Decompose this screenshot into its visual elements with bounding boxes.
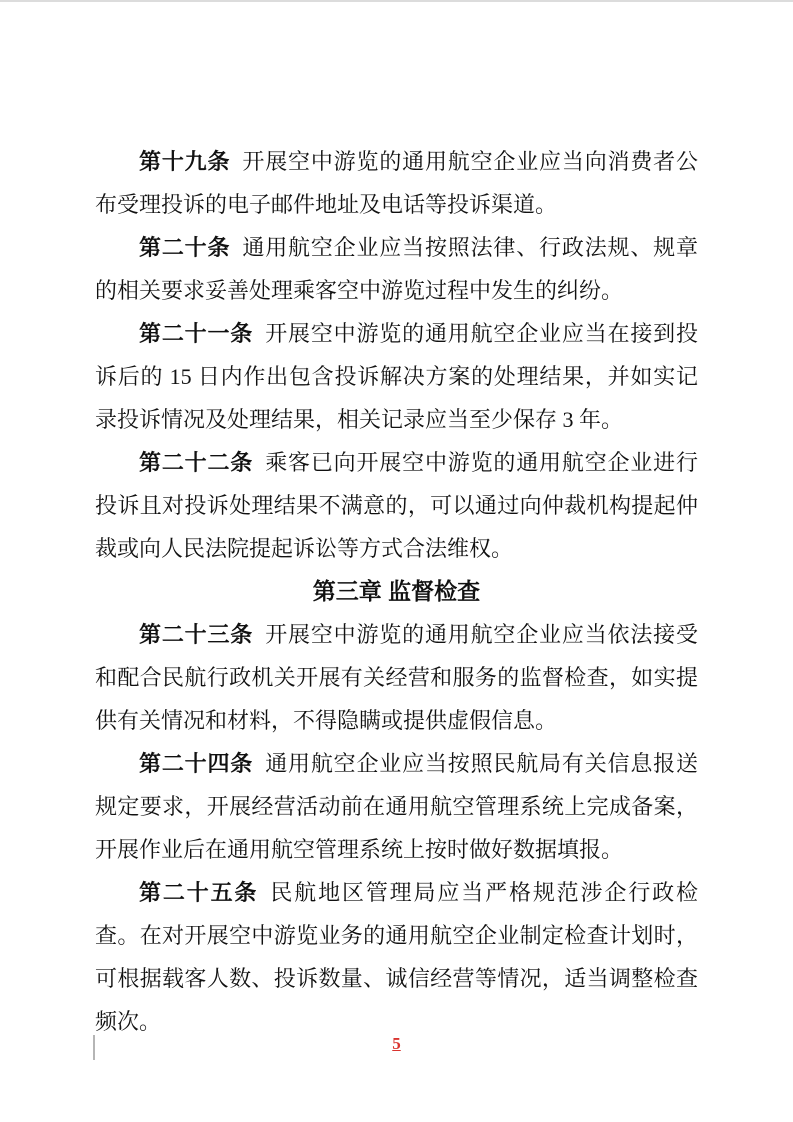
article-21-number-label: 第二十一条 bbox=[139, 321, 253, 346]
article-20-number-label: 第二十条 bbox=[139, 235, 230, 260]
article-23-number-label: 第二十三条 bbox=[139, 622, 253, 647]
chapter-3-heading: 第三章 监督检查 bbox=[95, 570, 698, 613]
article-22-paragraph: 第二十二条乘客已向开展空中游览的通用航空企业进行投诉且对投诉处理结果不满意的，可… bbox=[95, 441, 698, 570]
article-24-paragraph: 第二十四条通用航空企业应当按照民航局有关信息报送规定要求，开展经营活动前在通用航… bbox=[95, 742, 698, 871]
document-body: 第十九条开展空中游览的通用航空企业应当向消费者公布受理投诉的电子邮件地址及电话等… bbox=[95, 140, 698, 1043]
article-25-paragraph: 第二十五条民航地区管理局应当严格规范涉企行政检查。在对开展空中游览业务的通用航空… bbox=[95, 871, 698, 1043]
article-19-number-label: 第十九条 bbox=[139, 149, 230, 174]
article-19-paragraph: 第十九条开展空中游览的通用航空企业应当向消费者公布受理投诉的电子邮件地址及电话等… bbox=[95, 140, 698, 226]
article-25-number-label: 第二十五条 bbox=[139, 880, 258, 905]
article-20-paragraph: 第二十条通用航空企业应当按照法律、行政法规、规章的相关要求妥善处理乘客空中游览过… bbox=[95, 226, 698, 312]
document-page: 第十九条开展空中游览的通用航空企业应当向消费者公布受理投诉的电子邮件地址及电话等… bbox=[0, 0, 793, 1122]
page-number: 5 bbox=[0, 1034, 793, 1054]
article-23-paragraph: 第二十三条开展空中游览的通用航空企业应当依法接受和配合民航行政机关开展有关经营和… bbox=[95, 613, 698, 742]
article-21-paragraph: 第二十一条开展空中游览的通用航空企业应当在接到投诉后的 15 日内作出包含投诉解… bbox=[95, 312, 698, 441]
article-22-number-label: 第二十二条 bbox=[139, 450, 253, 475]
article-24-number-label: 第二十四条 bbox=[139, 751, 253, 776]
